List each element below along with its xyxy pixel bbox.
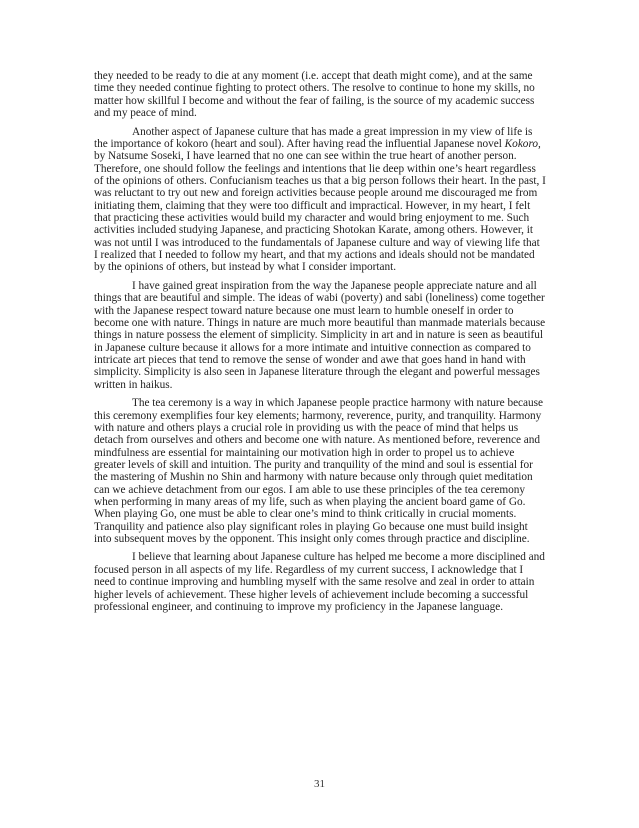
novel-title: Kokoro, [505, 138, 541, 150]
paragraph-nature: I have gained great inspiration from the… [94, 280, 546, 391]
document-body: they needed to be ready to die at any mo… [94, 70, 546, 619]
paragraph-text: Another aspect of Japanese culture that … [94, 126, 532, 150]
paragraph-text: by Natsume Soseki, I have learned that n… [94, 150, 546, 273]
paragraph-tea-ceremony: The tea ceremony is a way in which Japan… [94, 397, 546, 545]
page-number: 31 [0, 778, 639, 790]
paragraph-continuation: they needed to be ready to die at any mo… [94, 70, 546, 119]
paragraph-kokoro: Another aspect of Japanese culture that … [94, 126, 546, 274]
paragraph-conclusion: I believe that learning about Japanese c… [94, 551, 546, 613]
